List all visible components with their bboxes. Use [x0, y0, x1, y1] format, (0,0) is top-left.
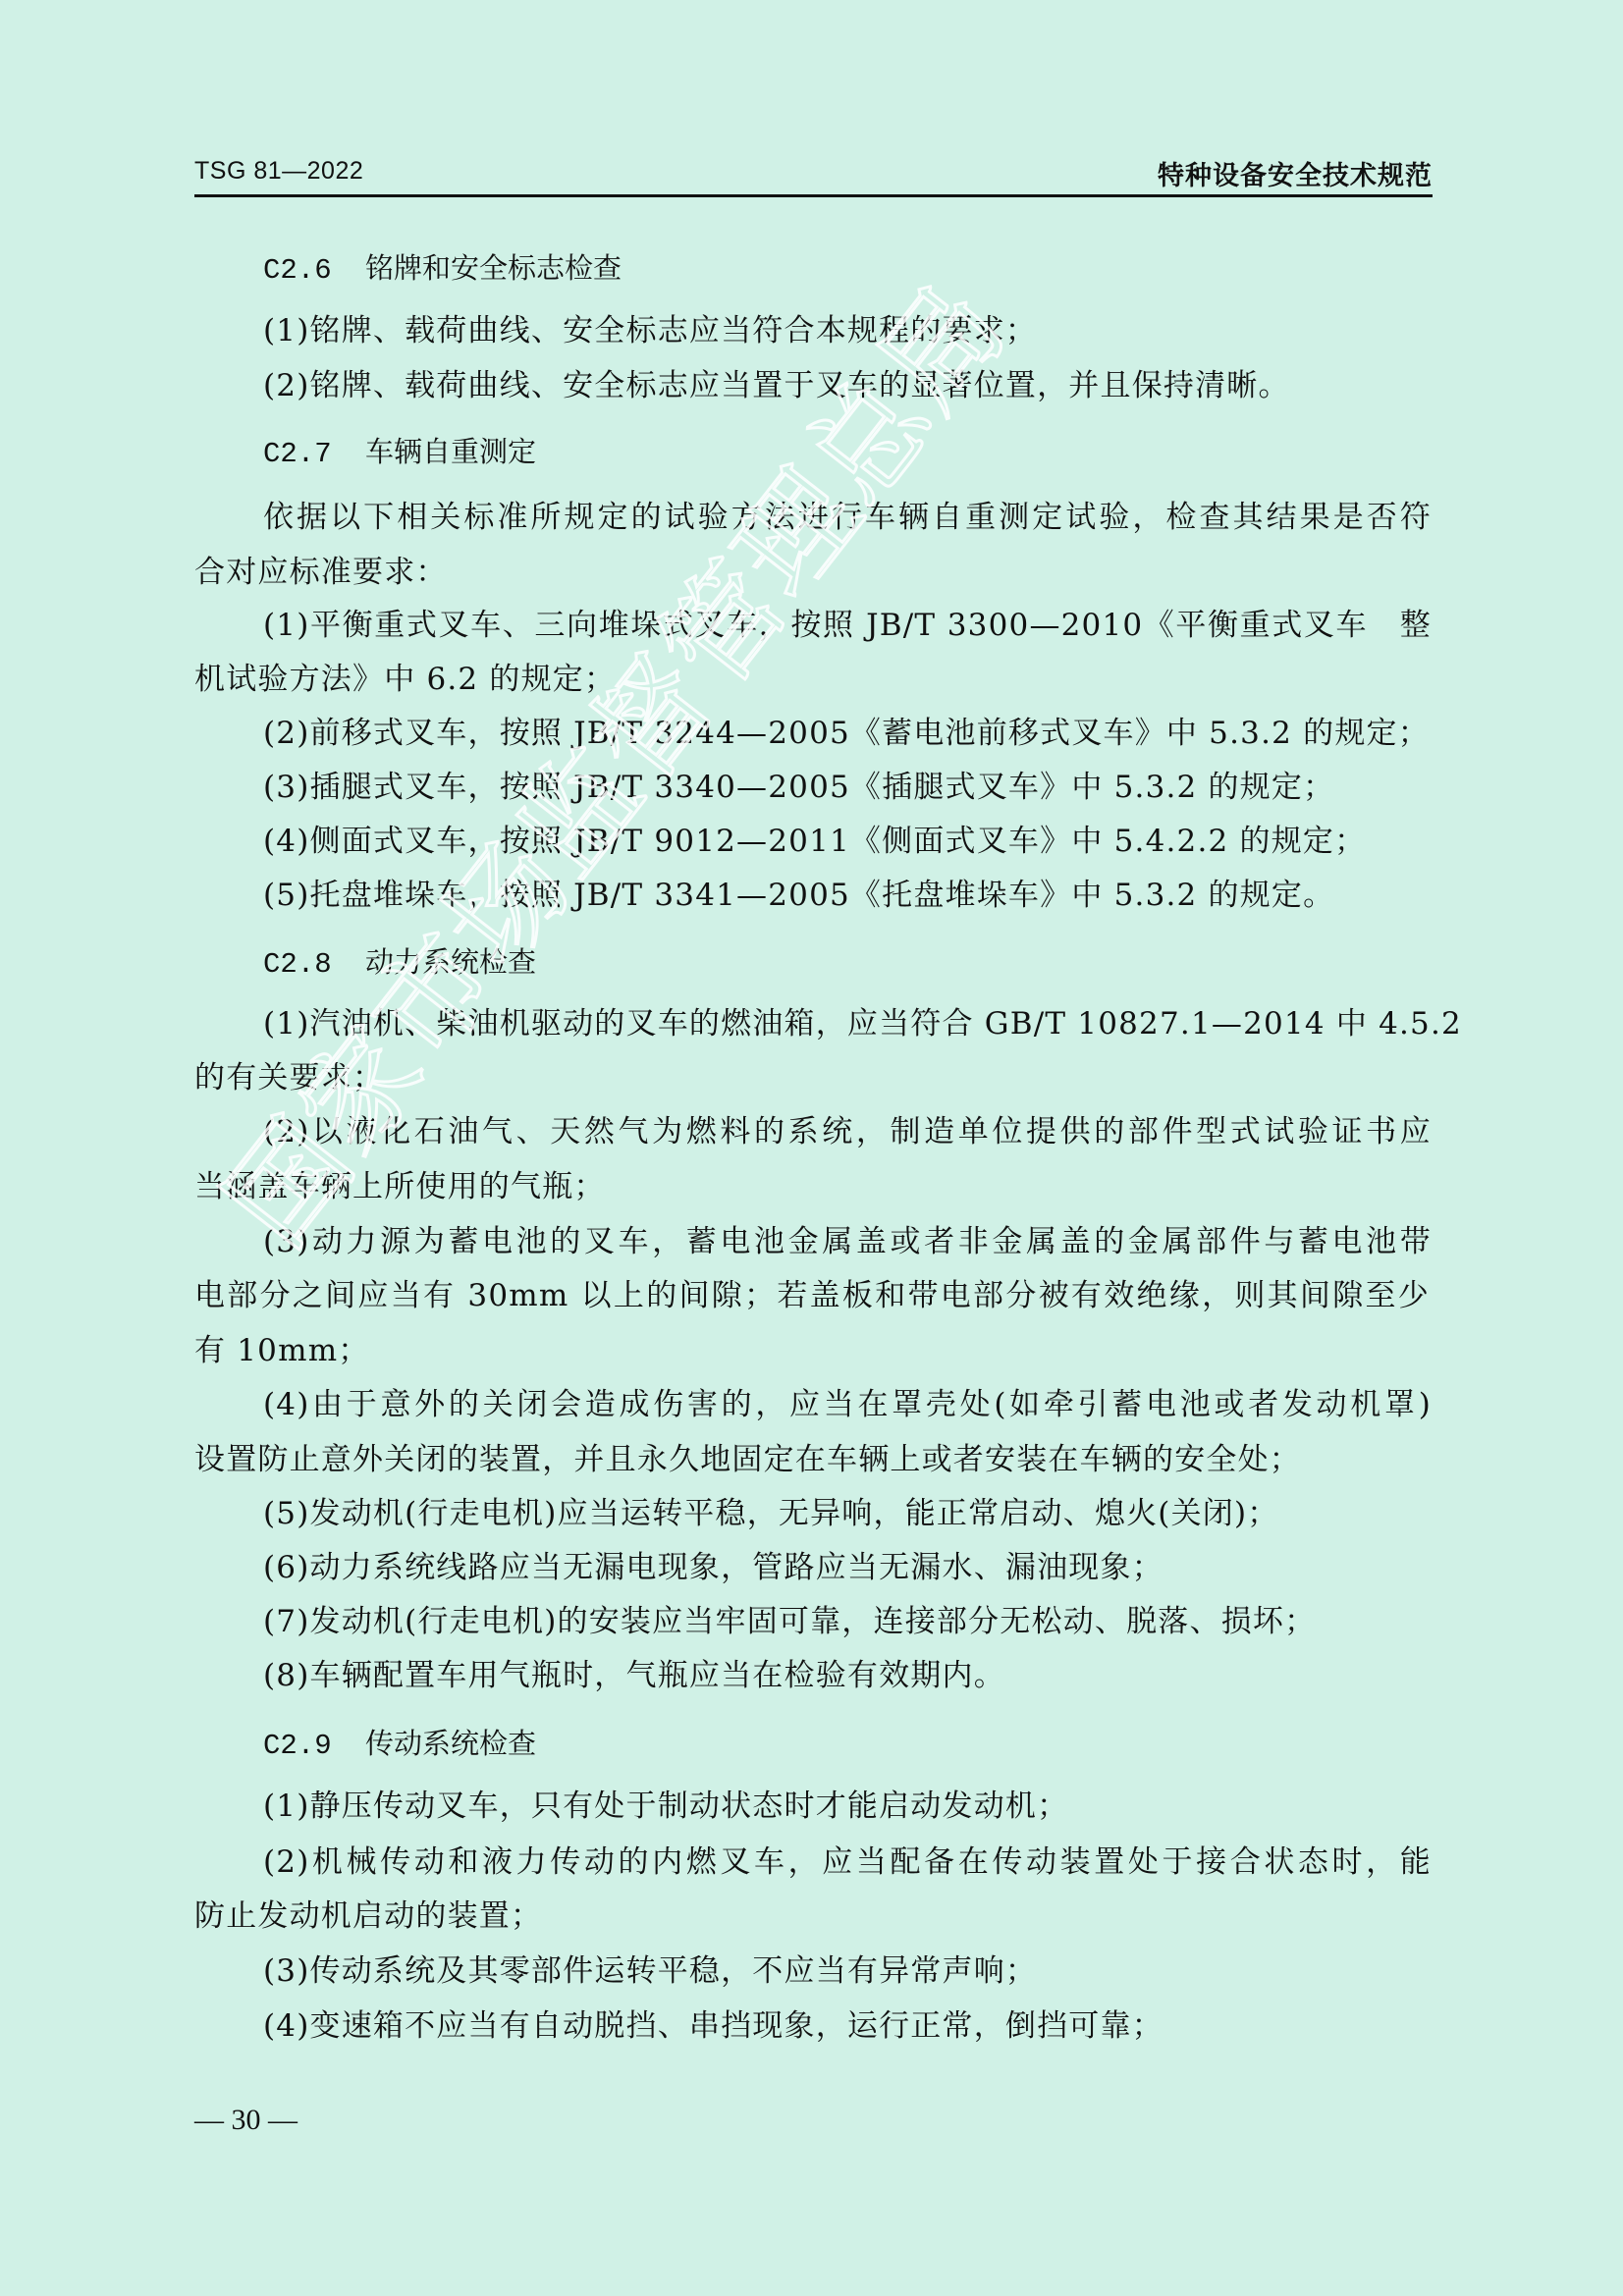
section-number: C2.7 [263, 435, 365, 474]
page-number: — 30 — [194, 2104, 298, 2137]
section-number: C2.8 [263, 945, 365, 985]
list-item: (3)插腿式叉车，按照 JB/T 3340—2005《插腿式叉车》中 5.3.2… [263, 768, 1334, 807]
list-item-continuation: 当涵盖车辆上所使用的气瓶； [194, 1167, 606, 1206]
list-item: (2)前移式叉车，按照 JB/T 3244—2005《蓄电池前移式叉车》中 5.… [263, 714, 1430, 753]
paragraph-line: 合对应标准要求： [194, 553, 448, 592]
paragraph-line: 依据以下相关标准所规定的试验方法进行车辆自重测定试验，检查其结果是否符 [263, 498, 1432, 537]
section-heading-c2-8: C2.8动力系统检查 [263, 942, 536, 985]
section-title: 动力系统检查 [365, 945, 536, 979]
document-code: TSG 81—2022 [194, 157, 363, 186]
list-item: (4)侧面式叉车，按照 JB/T 9012—2011《侧面式叉车》中 5.4.2… [263, 822, 1366, 861]
list-item: (8)车辆配置车用气瓶时，气瓶应当在检验有效期内。 [263, 1656, 1005, 1695]
document-category: 特种设备安全技术规范 [1158, 154, 1433, 192]
list-item: (6)动力系统线路应当无漏电现象，管路应当无漏水、漏油现象； [263, 1548, 1163, 1587]
list-item-continuation: 有 10mm； [194, 1331, 370, 1370]
list-item: (4)变速箱不应当有自动脱挡、串挡现象，运行正常，倒挡可靠； [263, 2006, 1163, 2046]
list-item: (3)动力源为蓄电池的叉车，蓄电池金属盖或者非金属盖的金属部件与蓄电池带 [263, 1222, 1432, 1261]
list-item-continuation: 机试验方法》中 6.2 的规定； [194, 660, 616, 699]
section-heading-c2-6: C2.6铭牌和安全标志检查 [263, 248, 622, 291]
list-item-continuation: 设置防止意外关闭的装置，并且永久地固定在车辆上或者安装在车辆的安全处； [194, 1440, 1301, 1479]
page-header: TSG 81—2022 特种设备安全技术规范 [194, 149, 1433, 197]
list-item: (1)平衡重式叉车、三向堆垛式叉车，按照 JB/T 3300—2010《平衡重式… [263, 606, 1432, 645]
section-title: 车辆自重测定 [365, 435, 536, 468]
section-number: C2.6 [263, 251, 365, 291]
list-item: (1)汽油机、柴油机驱动的叉车的燃油箱，应当符合 GB/T 10827.1—20… [263, 1004, 1432, 1043]
list-item: (4)由于意外的关闭会造成伤害的，应当在罩壳处(如牵引蓄电池或者发动机罩) [263, 1385, 1432, 1424]
list-item-continuation: 的有关要求； [194, 1058, 384, 1097]
list-item-continuation: 防止发动机启动的装置； [194, 1896, 542, 1936]
section-title: 铭牌和安全标志检查 [365, 251, 622, 285]
list-item: (2)以液化石油气、天然气为燃料的系统，制造单位提供的部件型式试验证书应 [263, 1112, 1432, 1151]
list-item: (2)铭牌、载荷曲线、安全标志应当置于叉车的显著位置，并且保持清晰。 [263, 366, 1290, 405]
list-item: (7)发动机(行走电机)的安装应当牢固可靠，连接部分无松动、脱落、损坏； [263, 1602, 1316, 1641]
list-item: (2)机械传动和液力传动的内燃叉车，应当配备在传动装置处于接合状态时，能 [263, 1842, 1432, 1882]
section-title: 传动系统检查 [365, 1727, 536, 1760]
list-item: (1)铭牌、载荷曲线、安全标志应当符合本规程的要求； [263, 311, 1037, 350]
section-number: C2.9 [263, 1727, 365, 1766]
list-item: (1)静压传动叉车，只有处于制动状态时才能启动发动机； [263, 1787, 1068, 1826]
list-item-continuation: 电部分之间应当有 30mm 以上的间隙；若盖板和带电部分被有效绝缘，则其间隙至少 [194, 1276, 1430, 1315]
section-heading-c2-7: C2.7车辆自重测定 [263, 432, 536, 474]
section-heading-c2-9: C2.9传动系统检查 [263, 1724, 536, 1766]
list-item: (5)托盘堆垛车，按照 JB/T 3341—2005《托盘堆垛车》中 5.3.2… [263, 876, 1334, 915]
list-item: (5)发动机(行走电机)应当运转平稳，无异响，能正常启动、熄火(关闭)； [263, 1494, 1279, 1533]
list-item: (3)传动系统及其零部件运转平稳，不应当有异常声响； [263, 1951, 1037, 1991]
